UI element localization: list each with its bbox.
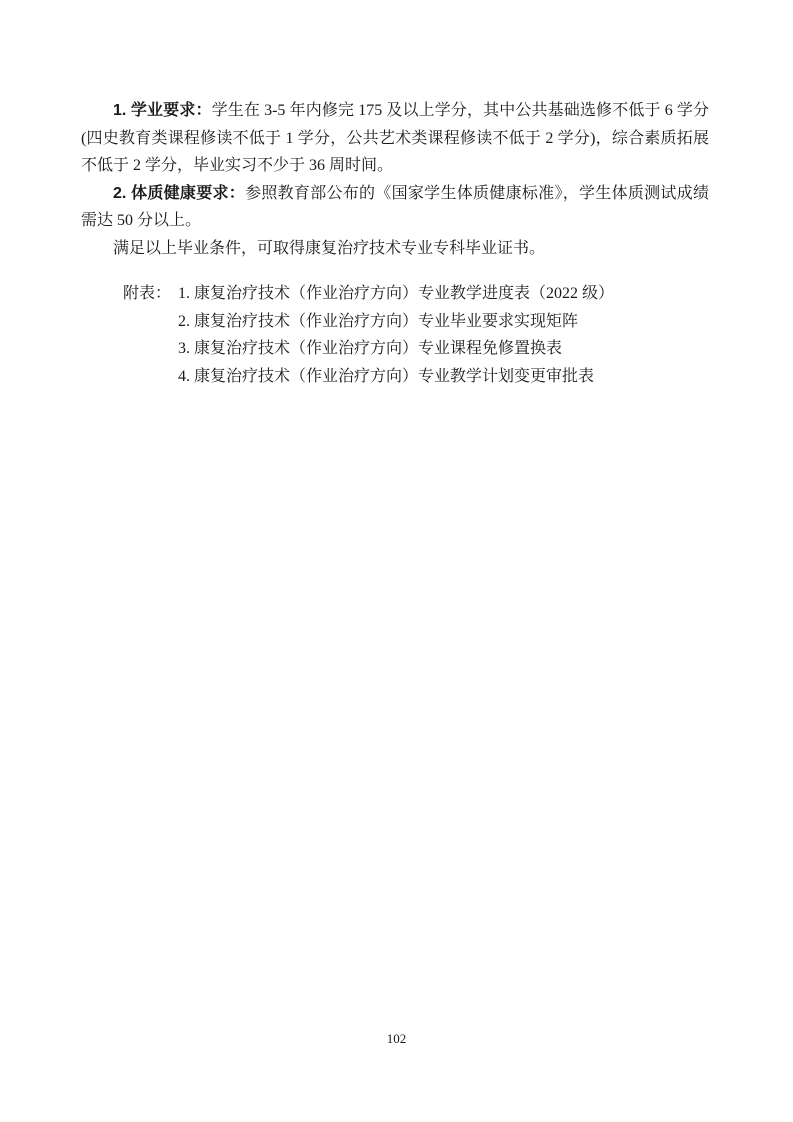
appendix-item-graduation-matrix: 2. 康复治疗技术（作业治疗方向）专业毕业要求实现矩阵	[178, 308, 709, 336]
appendix-item-list: 1. 康复治疗技术（作业治疗方向）专业教学进度表（2022 级） 2. 康复治疗…	[178, 280, 709, 390]
paragraph-academic-requirement-label: 1. 学业要求：	[113, 102, 212, 119]
appendix-item-teaching-schedule: 1. 康复治疗技术（作业治疗方向）专业教学进度表（2022 级）	[178, 280, 709, 308]
paragraph-graduation-certificate-text: 满足以上毕业条件，可取得康复治疗技术专业专科毕业证书。	[113, 240, 545, 257]
page-body: 1. 学业要求：学生在 3-5 年内修完 175 及以上学分，其中公共基础选修不…	[81, 97, 709, 390]
page-number: 102	[0, 1031, 793, 1047]
appendix-item-course-exemption: 3. 康复治疗技术（作业治疗方向）专业课程免修置换表	[178, 335, 709, 363]
document-page: 1. 学业要求：学生在 3-5 年内修完 175 及以上学分，其中公共基础选修不…	[0, 0, 793, 1122]
paragraph-academic-requirement: 1. 学业要求：学生在 3-5 年内修完 175 及以上学分，其中公共基础选修不…	[81, 97, 709, 180]
appendix-section: 附表： 1. 康复治疗技术（作业治疗方向）专业教学进度表（2022 级） 2. …	[81, 280, 709, 390]
appendix-item-plan-change-approval: 4. 康复治疗技术（作业治疗方向）专业教学计划变更审批表	[178, 363, 709, 391]
paragraph-fitness-requirement: 2. 体质健康要求：参照教育部公布的《国家学生体质健康标准》，学生体质测试成绩需…	[81, 180, 709, 235]
appendix-label: 附表：	[123, 280, 171, 308]
paragraph-fitness-requirement-label: 2. 体质健康要求：	[113, 185, 245, 202]
paragraph-graduation-certificate: 满足以上毕业条件，可取得康复治疗技术专业专科毕业证书。	[81, 235, 709, 263]
